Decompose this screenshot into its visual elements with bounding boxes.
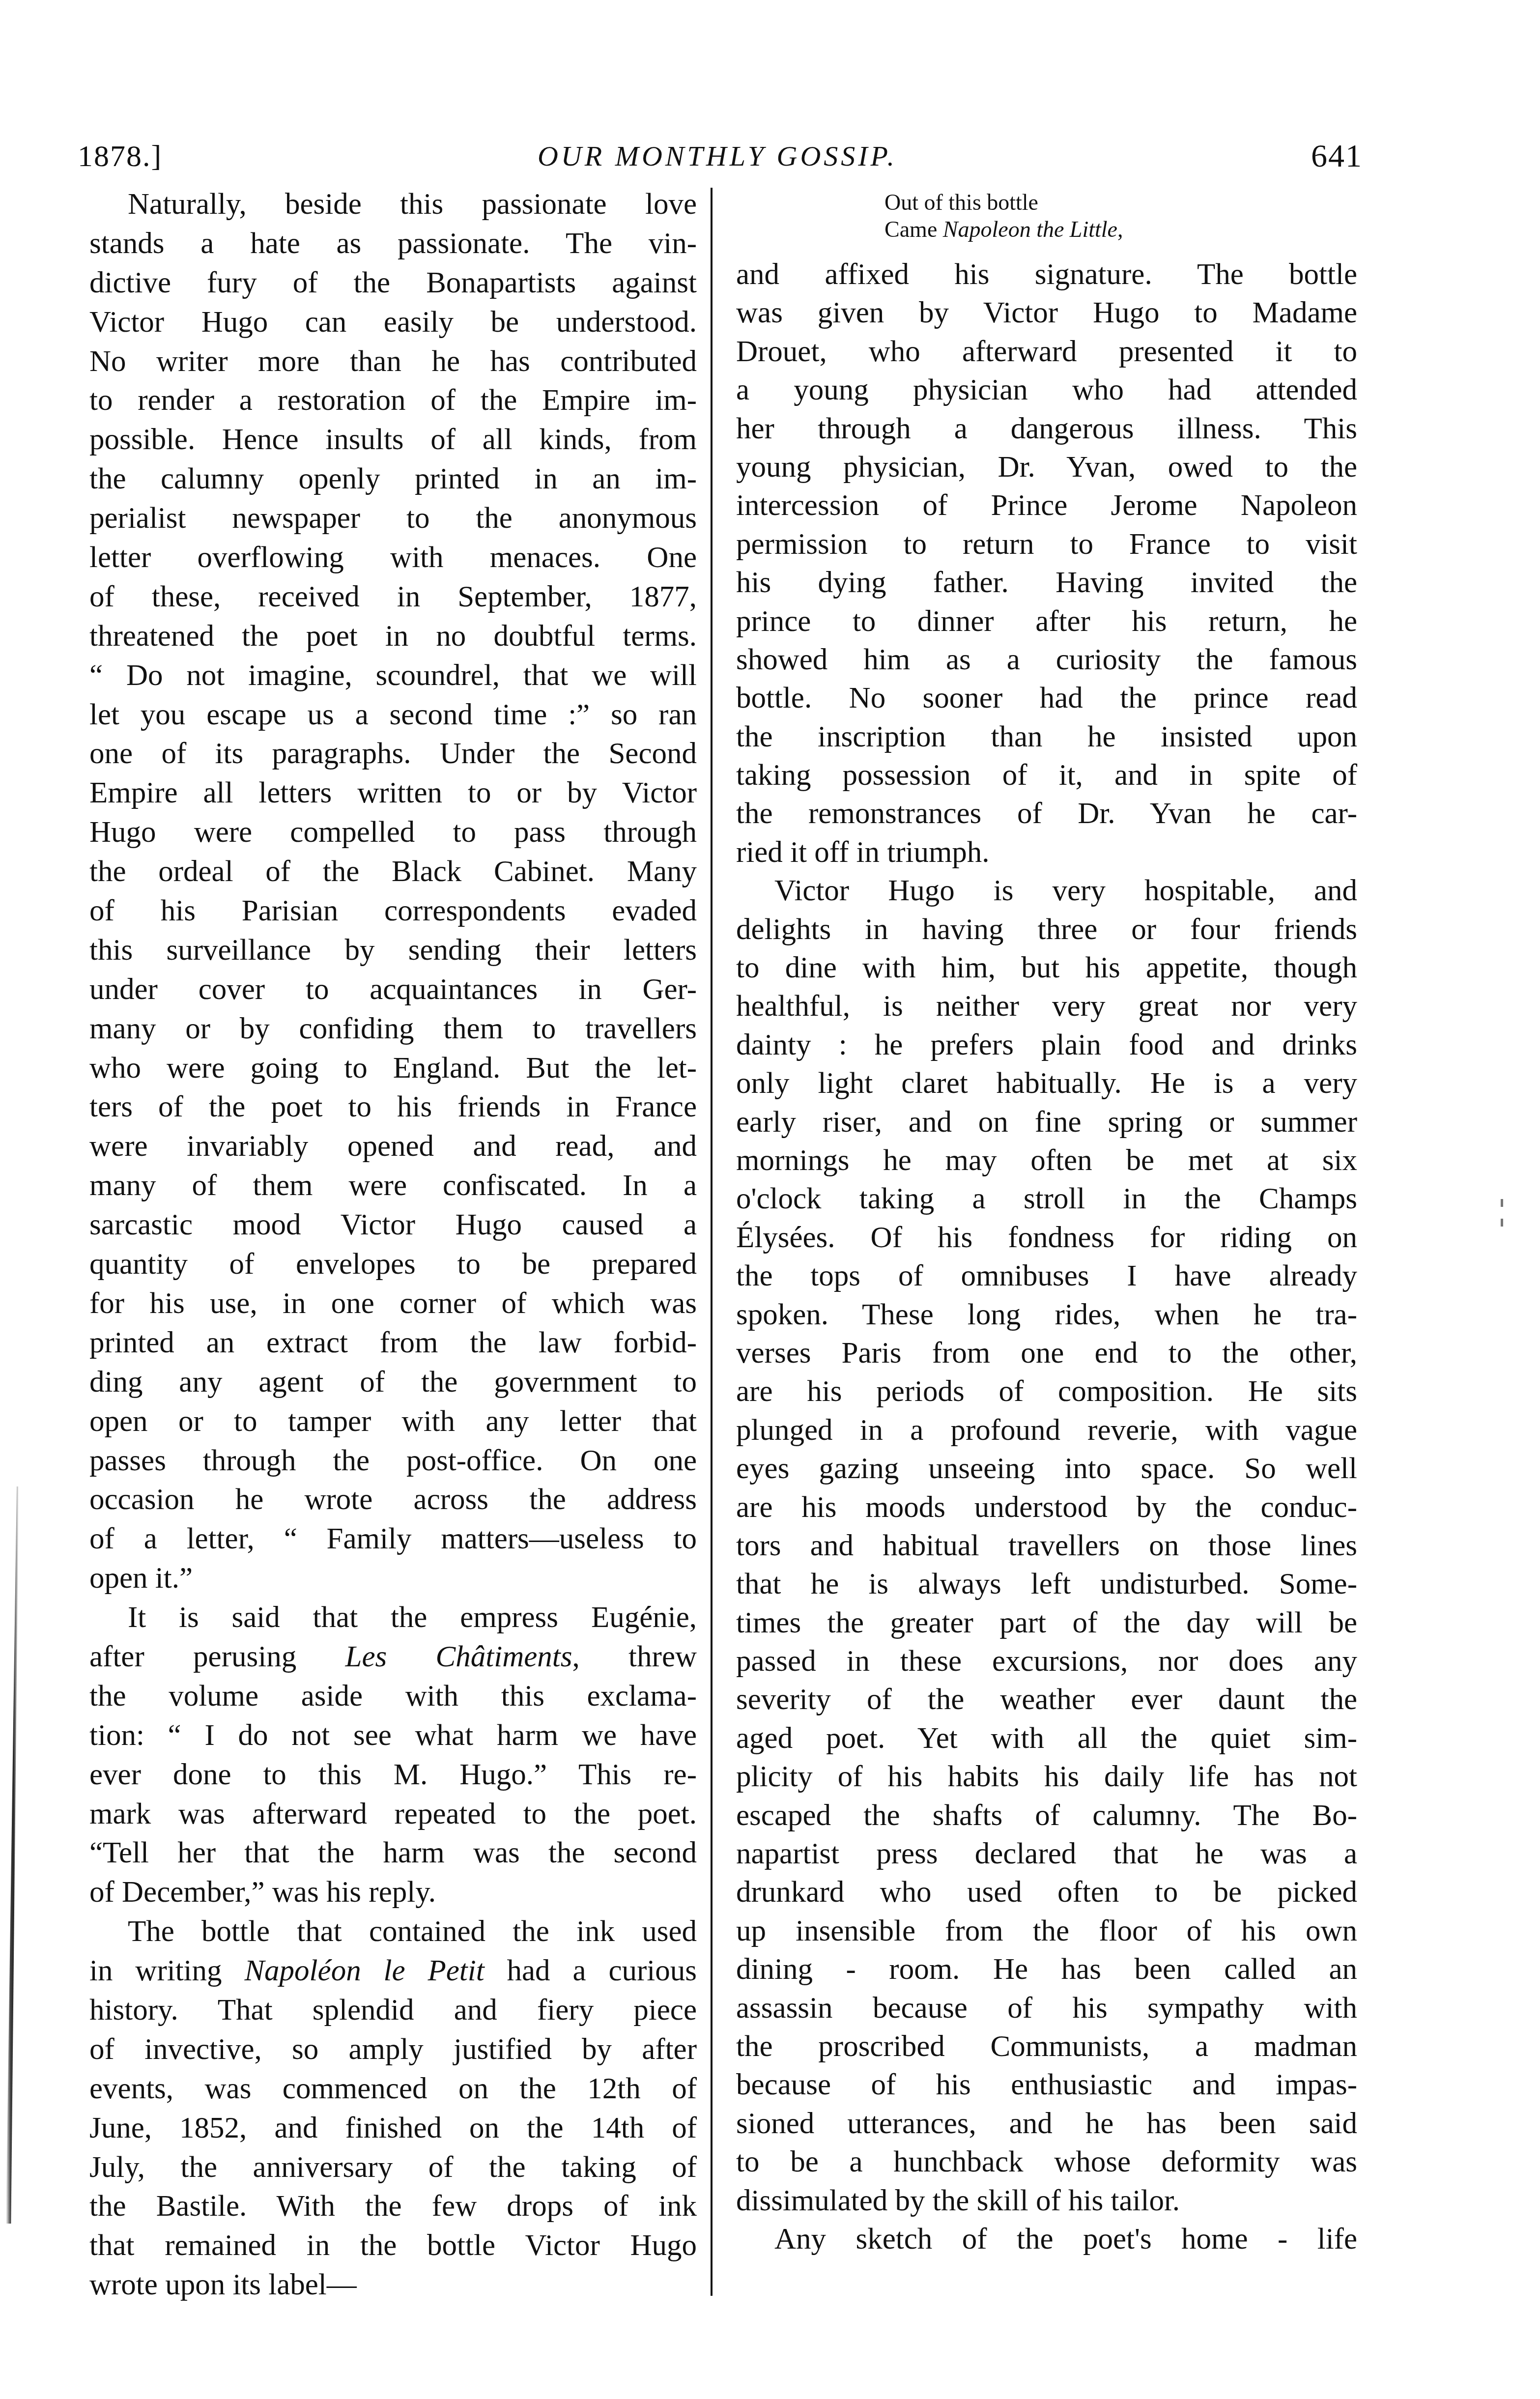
text-line: taking possession of it, and in spite of [736, 756, 1357, 795]
italic-title-napoleon-le-petit: Napoléon le Petit [244, 1954, 484, 1987]
text-line: assassin because of his sympathy with [736, 1989, 1357, 2028]
text-line: under cover to acquaintances in Ger- [89, 970, 697, 1009]
text-line: No writer more than he has contributed [89, 342, 697, 381]
text-line: and affixed his signature. The bottle [736, 256, 1357, 294]
running-head: 1878.] OUR MONTHLY GOSSIP. 641 [0, 132, 1540, 181]
magazine-page: 1878.] OUR MONTHLY GOSSIP. 641 Naturally… [0, 0, 1540, 2399]
text-fragment: after perusing [89, 1640, 345, 1673]
text-line: permission to return to France to visit [736, 525, 1357, 564]
text-line: the inscription than he insisted upon [736, 718, 1357, 756]
text-line: open it.” [89, 1559, 697, 1598]
text-line: are his moods understood by the conduc- [736, 1488, 1357, 1527]
text-line: dictive fury of the Bonapartists against [89, 263, 697, 303]
text-line: o'clock taking a stroll in the Champs [736, 1180, 1357, 1218]
text-line: mornings he may often be met at six [736, 1142, 1357, 1180]
text-line: to be a hunchback whose deformity was [736, 2143, 1357, 2181]
text-line: Naturally, beside this passionate love [89, 185, 697, 224]
italic-title-napoleon-the-little: Napoleon the Little [943, 217, 1117, 242]
text-line: mark was afterward repeated to the poet. [89, 1795, 697, 1834]
text-line: sioned utterances, and he has been said [736, 2105, 1357, 2143]
text-line: threatened the poet in no doubtful terms… [89, 617, 697, 656]
text-line: plunged in a profound reverie, with vagu… [736, 1411, 1357, 1450]
text-line: who were going to England. But the let- [89, 1049, 697, 1088]
text-line: Victor Hugo is very hospitable, and [736, 872, 1357, 910]
text-line: up insensible from the floor of his own [736, 1912, 1357, 1950]
text-line: the tops of omnibuses I have already [736, 1257, 1357, 1295]
text-line: napartist press declared that he was a [736, 1835, 1357, 1873]
italic-title-les-chatiments: Les Châtiments [345, 1640, 572, 1673]
text-line: passed in these excursions, nor does any [736, 1642, 1357, 1681]
text-line: because of his enthusiastic and impas- [736, 2066, 1357, 2104]
text-line: dainty : he prefers plain food and drink… [736, 1026, 1357, 1064]
text-line: tors and habitual travellers on those li… [736, 1527, 1357, 1565]
column-divider [711, 188, 713, 2296]
text-line: of these, received in September, 1877, [89, 577, 697, 617]
text-line: wrote upon its label— [89, 2265, 697, 2305]
text-line: delights in having three or four friends [736, 911, 1357, 949]
text-line: were invariably opened and read, and [89, 1127, 697, 1166]
text-line: Empire all letters written to or by Vict… [89, 773, 697, 813]
text-line: stands a hate as passionate. The vin- [89, 224, 697, 263]
text-line: are his periods of composition. He sits [736, 1372, 1357, 1411]
text-line: verses Paris from one end to the other, [736, 1334, 1357, 1372]
text-line: times the greater part of the day will b… [736, 1604, 1357, 1642]
text-line: dining - room. He has been called an [736, 1950, 1357, 1989]
text-line: “Tell her that the harm was the second [89, 1833, 697, 1873]
text-line: was given by Victor Hugo to Madame [736, 294, 1357, 332]
running-head-year: 1878.] [78, 132, 162, 181]
text-line: dissimulated by the skill of his tailor. [736, 2182, 1357, 2220]
text-line: aged poet. Yet with all the quiet sim- [736, 1719, 1357, 1758]
text-line: sarcastic mood Victor Hugo caused a [89, 1205, 697, 1245]
text-line: of a letter, “ Family matters—useless to [89, 1519, 697, 1559]
text-line: The bottle that contained the ink used [89, 1912, 697, 1951]
text-line: this surveillance by sending their lette… [89, 931, 697, 970]
text-line: printed an extract from the law forbid- [89, 1323, 697, 1363]
running-head-title: OUR MONTHLY GOSSIP. [496, 132, 939, 181]
text-line: a young physician who had attended [736, 371, 1357, 409]
text-line: history. That splendid and fiery piece [89, 1991, 697, 2030]
binding-shadow [6, 1486, 19, 2224]
text-line: Hugo were compelled to pass through [89, 813, 697, 852]
text-line: Drouet, who afterward presented it to [736, 333, 1357, 371]
text-line: the remonstrances of Dr. Yvan he car- [736, 795, 1357, 833]
text-line: the proscribed Communists, a madman [736, 2028, 1357, 2066]
text-line: Victor Hugo can easily be understood. [89, 303, 697, 342]
text-line: Any sketch of the poet's home - life [736, 2220, 1357, 2258]
text-line: of invective, so amply justified by afte… [89, 2030, 697, 2069]
left-column: Naturally, beside this passionate love s… [89, 185, 697, 2305]
text-line: only light claret habitually. He is a ve… [736, 1064, 1357, 1103]
text-line: showed him as a curiosity the famous [736, 641, 1357, 679]
text-line: ever done to this M. Hugo.” This re- [89, 1755, 697, 1795]
verse-punct: , [1117, 217, 1123, 242]
text-line: It is said that the empress Eugénie, [89, 1598, 697, 1637]
text-line: many of them were confiscated. In a [89, 1166, 697, 1205]
text-line: tion: “ I do not see what harm we have [89, 1716, 697, 1755]
text-line: July, the anniversary of the taking of [89, 2148, 697, 2187]
text-line: Élysées. Of his fondness for riding on [736, 1219, 1357, 1257]
text-line: occasion he wrote across the address [89, 1480, 697, 1519]
text-line: ried it off in triumph. [736, 833, 1357, 872]
text-line-with-italic: after perusing Les Châtiments, threw [89, 1637, 697, 1677]
text-line: for his use, in one corner of which was [89, 1284, 697, 1323]
scan-speck [1501, 1219, 1503, 1227]
text-line: ters of the poet to his friends in Franc… [89, 1087, 697, 1127]
text-line: passes through the post-office. On one [89, 1441, 697, 1481]
right-column: Out of this bottle Came Napoleon the Lit… [736, 185, 1357, 2258]
text-line: letter overflowing with menaces. One [89, 538, 697, 577]
text-line: the ordeal of the Black Cabinet. Many [89, 852, 697, 891]
text-line: quantity of envelopes to be prepared [89, 1245, 697, 1284]
text-line: of December,” was his reply. [89, 1873, 697, 1912]
text-line: possible. Hence insults of all kinds, fr… [89, 420, 697, 459]
verse-line: Out of this bottle [884, 189, 1357, 216]
text-line: many or by confiding them to travellers [89, 1009, 697, 1049]
text-line: to render a restoration of the Empire im… [89, 381, 697, 420]
text-line: the Bastile. With the few drops of ink [89, 2187, 697, 2226]
text-line: of his Parisian correspondents evaded [89, 891, 697, 931]
text-line: events, was commenced on the 12th of [89, 2069, 697, 2109]
text-line: the calumny openly printed in an im- [89, 459, 697, 499]
text-line: one of its paragraphs. Under the Second [89, 734, 697, 773]
text-line: early riser, and on fine spring or summe… [736, 1103, 1357, 1142]
text-line: young physician, Dr. Yvan, owed to the [736, 448, 1357, 486]
text-line: spoken. These long rides, when he tra- [736, 1296, 1357, 1334]
text-line: bottle. No sooner had the prince read [736, 679, 1357, 717]
text-line: severity of the weather ever daunt the [736, 1681, 1357, 1719]
text-line: “ Do not imagine, scoundrel, that we wil… [89, 656, 697, 695]
text-line: June, 1852, and finished on the 14th of [89, 2109, 697, 2148]
text-line: plicity of his habits his daily life has… [736, 1758, 1357, 1796]
text-line: her through a dangerous illness. This [736, 410, 1357, 448]
text-line: his dying father. Having invited the [736, 564, 1357, 602]
text-line: the volume aside with this exclama- [89, 1677, 697, 1716]
verse-text: Came [884, 217, 943, 242]
text-line: prince to dinner after his return, he [736, 602, 1357, 641]
text-line: intercession of Prince Jerome Napoleon [736, 486, 1357, 525]
text-line: eyes gazing unseeing into space. So well [736, 1450, 1357, 1488]
verse-inscription: Out of this bottle Came Napoleon the Lit… [736, 189, 1357, 243]
text-line-with-italic: in writing Napoléon le Petit had a curio… [89, 1951, 697, 1991]
text-line: that remained in the bottle Victor Hugo [89, 2226, 697, 2265]
text-line: to dine with him, but his appetite, thou… [736, 949, 1357, 987]
text-line: let you escape us a second time :” so ra… [89, 695, 697, 735]
text-line: escaped the shafts of calumny. The Bo- [736, 1797, 1357, 1835]
text-line: ding any agent of the government to [89, 1363, 697, 1402]
scan-speck [1501, 1199, 1503, 1207]
text-line: that he is always left undisturbed. Some… [736, 1565, 1357, 1603]
text-line: healthful, is neither very great nor ver… [736, 987, 1357, 1026]
verse-line: Came Napoleon the Little, [884, 216, 1357, 243]
text-line: open or to tamper with any letter that [89, 1402, 697, 1441]
page-number: 641 [1311, 132, 1363, 181]
text-line: drunkard who used often to be picked [736, 1873, 1357, 1912]
text-line: perialist newspaper to the anonymous [89, 499, 697, 538]
